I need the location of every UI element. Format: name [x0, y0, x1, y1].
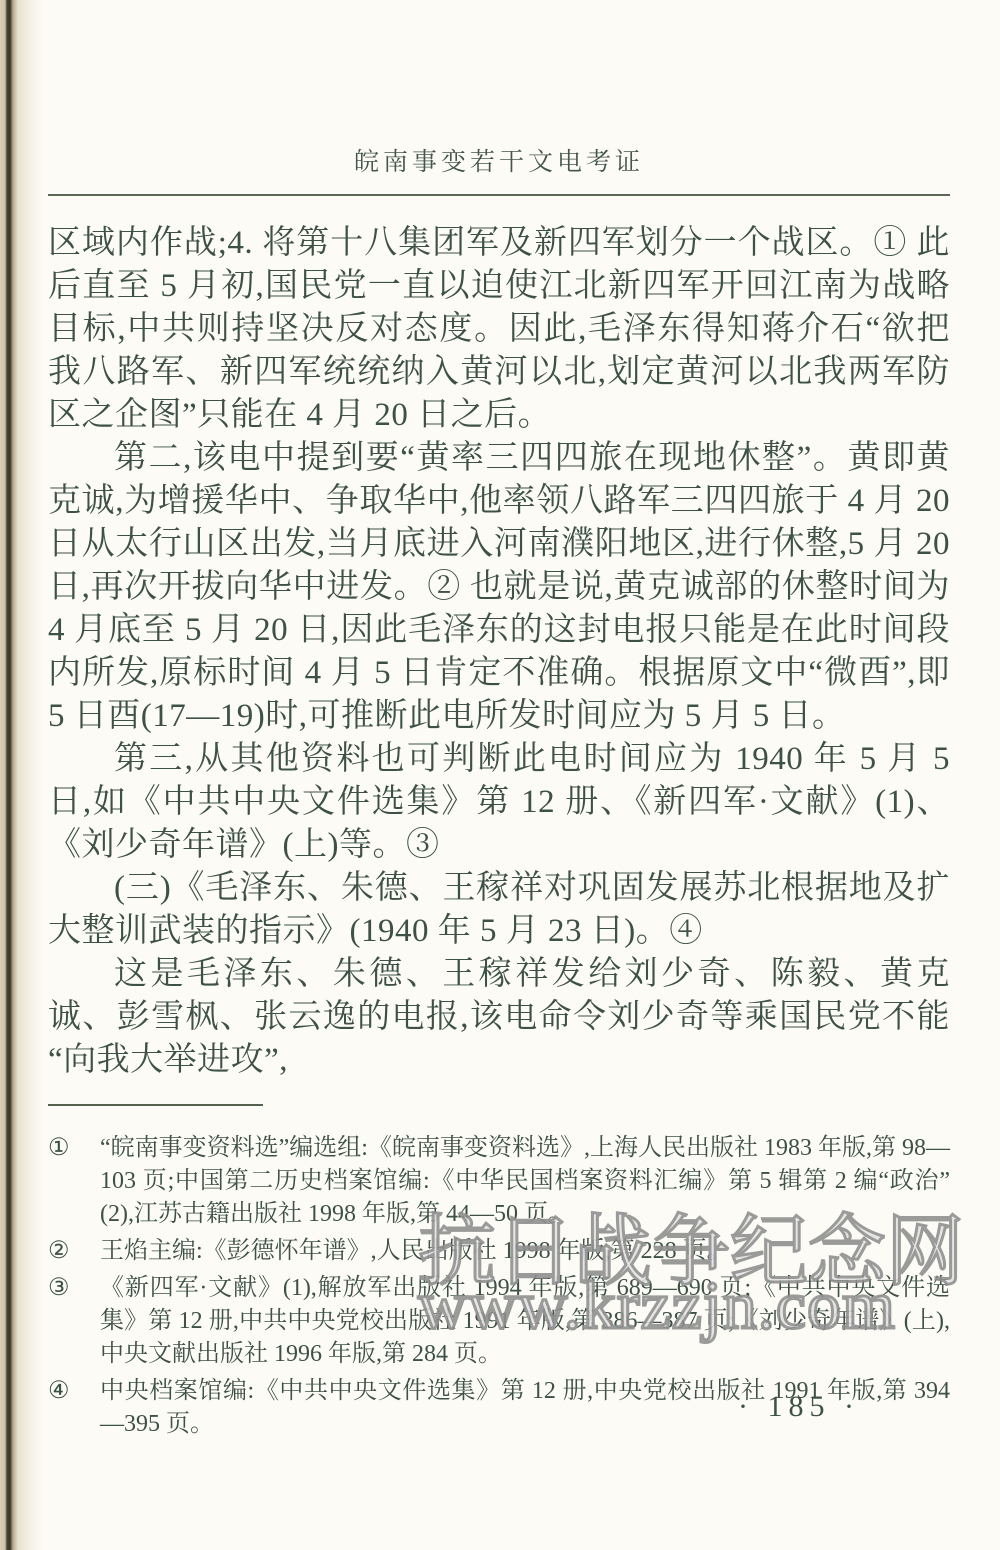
- running-head-title: 皖南事变若干文电考证: [48, 142, 950, 178]
- footnote-divider: [48, 1104, 263, 1106]
- paragraph: 第二,该电中提到要“黄率三四四旅在现地休整”。黄即黄克诚,为增援华中、争取华中,…: [48, 437, 950, 738]
- page-number: · 185 ·: [738, 1390, 860, 1424]
- paragraph: 第三,从其他资料也可判断此电时间应为 1940 年 5 月 5 日,如《中共中央…: [48, 738, 950, 867]
- footnote-item: ② 王焰主编:《彭德怀年谱》,人民出版社 1998 年版,第 228 页。: [48, 1235, 950, 1268]
- footnote-marker: ②: [48, 1235, 100, 1268]
- footnote-item: ③ 《新四军·文献》(1),解放军出版社 1994 年版,第 689—690 页…: [48, 1272, 950, 1371]
- footnote-marker: ①: [48, 1132, 100, 1165]
- paragraph: 区域内作战;4. 将第十八集团军及新四军划分一个战区。① 此后直至 5 月初,国…: [48, 222, 950, 437]
- paragraph: 这是毛泽东、朱德、王稼祥发给刘少奇、陈毅、黄克诚、彭雪枫、张云逸的电报,该电命令…: [48, 953, 950, 1082]
- footnote-marker: ③: [48, 1272, 100, 1305]
- footnote-text: 王焰主编:《彭德怀年谱》,人民出版社 1998 年版,第 228 页。: [100, 1235, 950, 1268]
- body-text: 区域内作战;4. 将第十八集团军及新四军划分一个战区。① 此后直至 5 月初,国…: [48, 222, 950, 1082]
- header-rule: [48, 194, 950, 196]
- page-content: 皖南事变若干文电考证 区域内作战;4. 将第十八集团军及新四军划分一个战区。① …: [48, 0, 950, 1445]
- paragraph: (三)《毛泽东、朱德、王稼祥对巩固发展苏北根据地及扩大整训武装的指示》(1940…: [48, 867, 950, 953]
- footnote-marker: ④: [48, 1375, 100, 1408]
- footnote-text: “皖南事变资料选”编选组:《皖南事变资料选》,上海人民出版社 1983 年版,第…: [100, 1132, 950, 1231]
- scanned-book-page: 皖南事变若干文电考证 区域内作战;4. 将第十八集团军及新四军划分一个战区。① …: [0, 0, 1000, 1550]
- book-gutter-shadow: [0, 0, 44, 1550]
- footnote-text: 《新四军·文献》(1),解放军出版社 1994 年版,第 689—690 页;《…: [100, 1272, 950, 1371]
- footnote-item: ① “皖南事变资料选”编选组:《皖南事变资料选》,上海人民出版社 1983 年版…: [48, 1132, 950, 1231]
